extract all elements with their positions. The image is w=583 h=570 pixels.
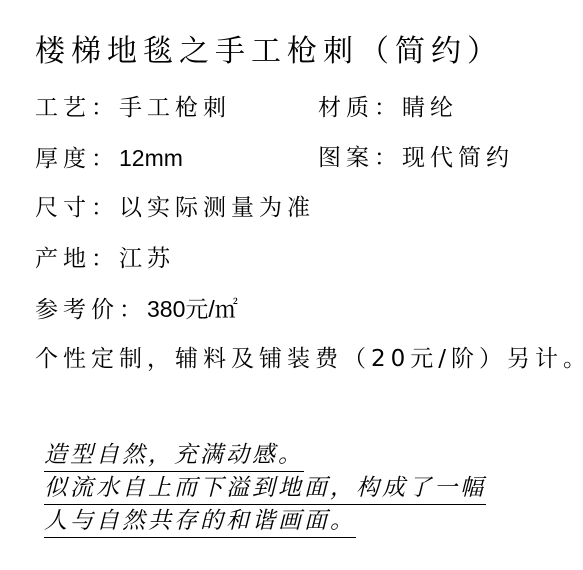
- spec-material-label: 材质：: [318, 95, 402, 121]
- description-line-text: 人与自然共存的和谐画面。: [44, 506, 356, 538]
- spec-price-label: 参考价：: [35, 297, 147, 323]
- description-block: 造型自然，充满动感。 似流水自上而下溢到地面，构成了一幅 人与自然共存的和谐画面…: [44, 440, 486, 539]
- spec-price: 参考价：380元/㎡: [35, 293, 238, 326]
- spec-size: 尺寸：以实际测量为准: [35, 192, 315, 224]
- spec-craft-label: 工艺：: [35, 95, 119, 121]
- spec-craft-value: 手工枪刺: [119, 95, 231, 121]
- spec-pattern-label: 图案：: [318, 145, 402, 171]
- spec-thickness-value: 12mm: [119, 145, 183, 171]
- description-line: 人与自然共存的和谐画面。: [44, 506, 486, 539]
- spec-thickness: 厚度：12mm: [35, 142, 183, 175]
- description-line: 造型自然，充满动感。: [44, 440, 486, 473]
- description-line-text: 似流水自上而下溢到地面，构成了一幅: [44, 473, 486, 505]
- spec-pattern-value: 现代简约: [402, 145, 514, 171]
- description-line: 似流水自上而下溢到地面，构成了一幅: [44, 473, 486, 506]
- spec-origin-label: 产地：: [35, 246, 119, 272]
- description-line-text: 造型自然，充满动感。: [44, 440, 304, 472]
- spec-price-value: 380元/: [147, 296, 215, 322]
- spec-thickness-label: 厚度：: [35, 146, 119, 172]
- spec-pattern: 图案：现代简约: [318, 142, 514, 174]
- custom-note: 个性定制，辅料及铺装费（20元/阶）另计。: [35, 343, 583, 375]
- spec-craft: 工艺：手工枪刺: [35, 92, 231, 124]
- spec-price-unit: ㎡: [215, 297, 238, 322]
- spec-material-value: 睛纶: [402, 95, 458, 121]
- spec-origin-value: 江苏: [119, 246, 175, 272]
- spec-size-value: 以实际测量为准: [119, 195, 315, 221]
- spec-origin: 产地：江苏: [35, 243, 175, 275]
- page-title: 楼梯地毯之手工枪刺（简约）: [35, 30, 503, 74]
- spec-material: 材质：睛纶: [318, 92, 458, 124]
- spec-size-label: 尺寸：: [35, 195, 119, 221]
